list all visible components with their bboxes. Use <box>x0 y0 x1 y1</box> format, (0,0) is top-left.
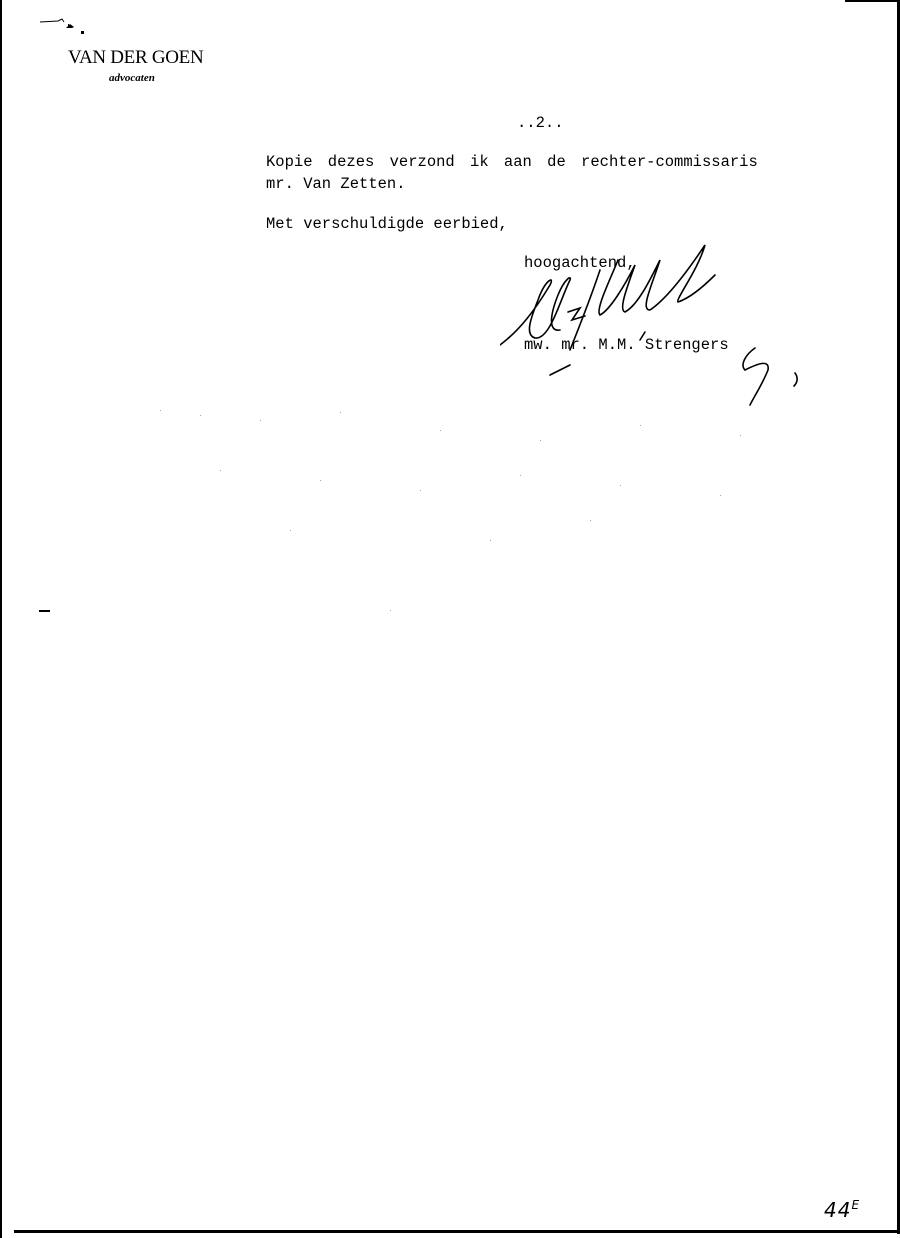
scan-border-bottom <box>14 1230 900 1233</box>
folio-number-value: 44 <box>824 1198 851 1222</box>
folio-suffix: E <box>851 1198 860 1212</box>
firm-subtitle: advocaten <box>109 72 155 84</box>
folio-number: 44E <box>824 1198 860 1222</box>
handwritten-signature <box>500 240 800 410</box>
scan-border-top <box>845 0 900 2</box>
logo-icon <box>40 18 120 38</box>
salutation: Met verschuldigde eerbied, <box>266 215 508 233</box>
firm-name: VAN DER GOEN <box>68 47 203 69</box>
scan-border-left <box>0 0 2 1238</box>
signer-name: mw. mr. M.M. Strengers <box>524 336 729 354</box>
margin-mark <box>39 610 50 612</box>
copy-notice-line-2: mr. Van Zetten. <box>266 175 406 193</box>
page-number-marker: ..2.. <box>517 114 564 132</box>
document-page: VAN DER GOEN advocaten ..2.. Kopie dezes… <box>0 0 900 1238</box>
copy-notice-line-1: Kopie dezes verzond ik aan de rechter-co… <box>266 153 758 171</box>
